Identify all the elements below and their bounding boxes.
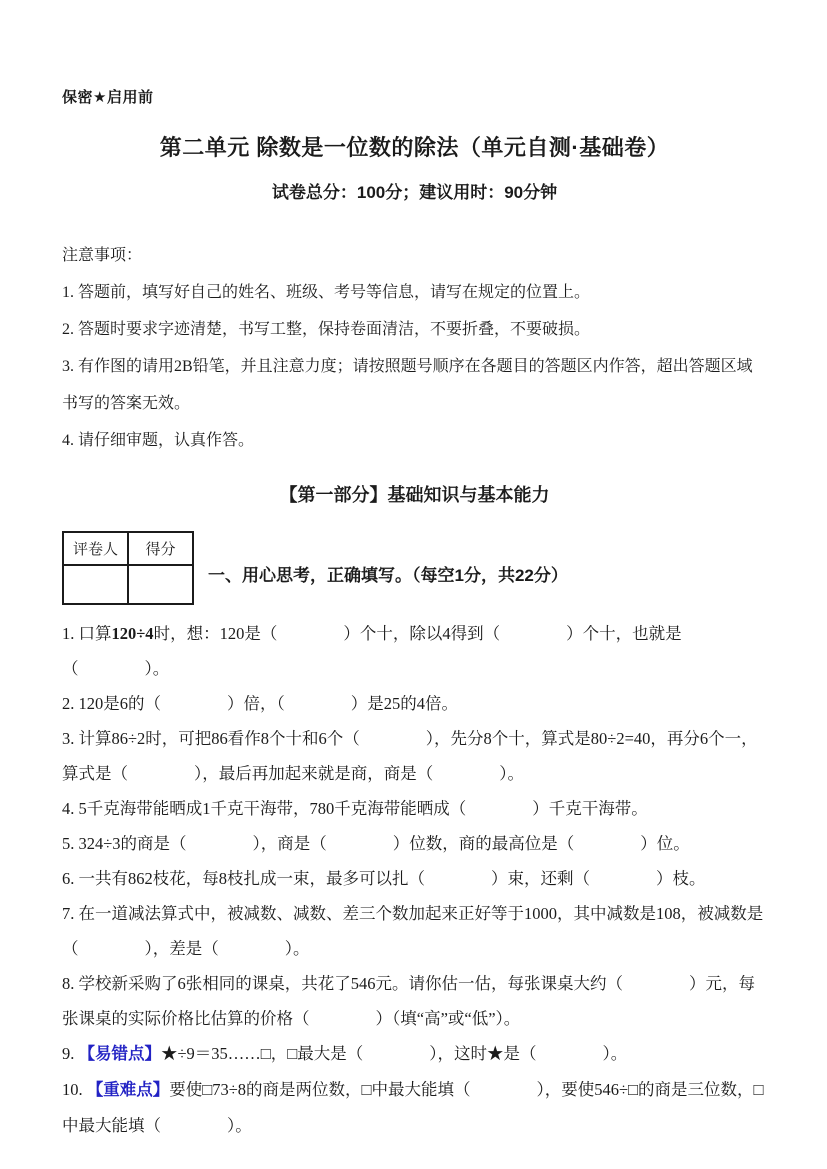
question-9: 9. 【易错点】★÷9＝35……□，□最大是（ ），这时★是（ ）。 xyxy=(62,1036,767,1072)
question-1-text: 1. 口算 xyxy=(62,624,112,643)
page-title: 第二单元 除数是一位数的除法（单元自测·基础卷） xyxy=(62,131,767,162)
security-label: 保密★启用前 xyxy=(62,86,767,107)
question-7: 7. 在一道减法算式中，被减数、减数、差三个数加起来正好等于1000，其中减数是… xyxy=(62,896,767,966)
page-subtitle: 试卷总分：100分；建议用时：90分钟 xyxy=(62,178,767,203)
question-8: 8. 学校新采购了6张相同的课桌，共花了546元。请你估一估，每张课桌大约（ ）… xyxy=(62,966,767,1036)
score-row: 评卷人 得分 一、用心思考，正确填写。（每空1分，共22分） xyxy=(62,531,767,605)
part1-heading: 【第一部分】基础知识与基本能力 xyxy=(62,481,767,507)
question-10: 10. 【重难点】要使□73÷8的商是两位数，□中最大能填（ ），要使546÷□… xyxy=(62,1072,767,1143)
question-10-number: 10. xyxy=(62,1080,87,1099)
question-list: 1. 口算120÷4时，想：120是（ ）个十，除以4得到（ ）个十，也就是（ … xyxy=(62,616,767,1143)
notice-item-1: 1. 答题前，填写好自己的姓名、班级、考号等信息，请写在规定的位置上。 xyxy=(62,274,767,311)
score-table-value-row xyxy=(63,565,193,604)
key-difficulty-tag: 【重难点】 xyxy=(87,1081,170,1099)
question-9-text: ★÷9＝35……□，□最大是（ ），这时★是（ ）。 xyxy=(161,1044,627,1063)
score-table: 评卷人 得分 xyxy=(62,531,194,605)
question-1: 1. 口算120÷4时，想：120是（ ）个十，除以4得到（ ）个十，也就是（ … xyxy=(62,616,767,686)
evaluator-value-cell xyxy=(63,565,128,604)
notice-item-3: 3. 有作图的请用2B铅笔，并且注意力度；请按照题号顺序在各题目的答题区内作答，… xyxy=(62,348,767,422)
question-5: 5. 324÷3的商是（ ），商是（ ）位数，商的最高位是（ ）位。 xyxy=(62,826,767,861)
question-3: 3. 计算86÷2时，可把86看作8个十和6个（ ），先分8个十，算式是80÷2… xyxy=(62,721,767,791)
section1-heading: 一、用心思考，正确填写。（每空1分，共22分） xyxy=(208,551,568,586)
error-prone-tag: 【易错点】 xyxy=(79,1045,162,1063)
evaluator-header-cell: 评卷人 xyxy=(63,532,128,565)
question-6: 6. 一共有862枝花，每8枝扎成一束，最多可以扎（ ）束，还剩（ ）枝。 xyxy=(62,861,767,896)
notices-heading: 注意事项： xyxy=(62,237,767,274)
question-4: 4. 5千克海带能晒成1千克干海带，780千克海带能晒成（ ）千克干海带。 xyxy=(62,791,767,826)
score-table-header-row: 评卷人 得分 xyxy=(63,532,193,565)
score-value-cell xyxy=(128,565,193,604)
notices-section: 注意事项： 1. 答题前，填写好自己的姓名、班级、考号等信息，请写在规定的位置上… xyxy=(62,237,767,459)
question-1-text-rest: 时，想：120是（ ）个十，除以4得到（ ）个十，也就是（ ）。 xyxy=(62,624,682,678)
notice-item-4: 4. 请仔细审题，认真作答。 xyxy=(62,422,767,459)
question-2: 2. 120是6的（ ）倍，（ ）是25的4倍。 xyxy=(62,686,767,721)
question-9-number: 9. xyxy=(62,1044,79,1063)
notice-item-2: 2. 答题时要求字迹清楚，书写工整，保持卷面清洁，不要折叠，不要破损。 xyxy=(62,311,767,348)
exam-page: 保密★启用前 第二单元 除数是一位数的除法（单元自测·基础卷） 试卷总分：100… xyxy=(0,0,827,1169)
question-1-bold-expression: 120÷4 xyxy=(112,624,154,643)
score-header-cell: 得分 xyxy=(128,532,193,565)
